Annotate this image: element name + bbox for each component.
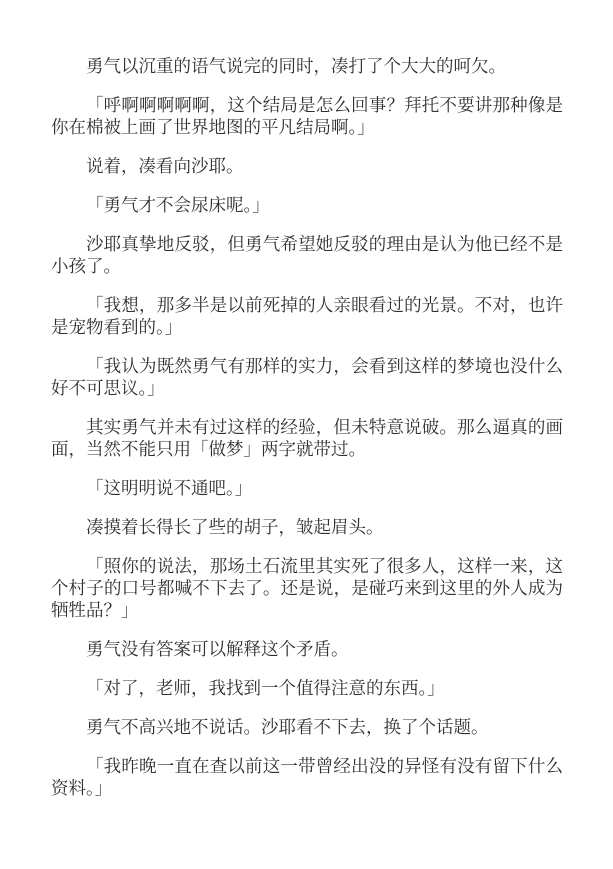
paragraph-11: 「照你的说法，那场土石流里其实死了很多人，这样一来，这个村子的口号都喊不下去了。…	[51, 555, 563, 621]
paragraph-3: 说着，凑看向沙耶。	[51, 155, 563, 177]
paragraph-5: 沙耶真挚地反驳，但勇气希望她反驳的理由是认为他已经不是小孩了。	[51, 233, 563, 277]
paragraph-7: 「我认为既然勇气有那样的实力，会看到这样的梦境也没什么好不可思议。」	[51, 355, 563, 399]
paragraph-4: 「勇气才不会尿床呢。」	[51, 194, 563, 216]
paragraph-10: 凑摸着长得长了些的胡子，皱起眉头。	[51, 516, 563, 538]
paragraph-13: 「对了，老师，我找到一个值得注意的东西。」	[51, 677, 563, 699]
paragraph-8: 其实勇气并未有过这样的经验，但未特意说破。那么逼真的画面，当然不能只用「做梦」两…	[51, 416, 563, 460]
paragraph-9: 「这明明说不通吧。」	[51, 477, 563, 499]
paragraph-6: 「我想，那多半是以前死掉的人亲眼看过的光景。不对，也许是宠物看到的。」	[51, 294, 563, 338]
novel-text-page: 勇气以沉重的语气说完的同时，凑打了个大大的呵欠。 「呼啊啊啊啊啊，这个结局是怎么…	[51, 55, 563, 816]
paragraph-14: 勇气不高兴地不说话。沙耶看不下去，换了个话题。	[51, 716, 563, 738]
paragraph-15: 「我昨晚一直在查以前这一带曾经出没的异怪有没有留下什么资料。」	[51, 755, 563, 799]
paragraph-2: 「呼啊啊啊啊啊，这个结局是怎么回事？拜托不要讲那种像是你在棉被上画了世界地图的平…	[51, 94, 563, 138]
paragraph-1: 勇气以沉重的语气说完的同时，凑打了个大大的呵欠。	[51, 55, 563, 77]
paragraph-12: 勇气没有答案可以解释这个矛盾。	[51, 638, 563, 660]
